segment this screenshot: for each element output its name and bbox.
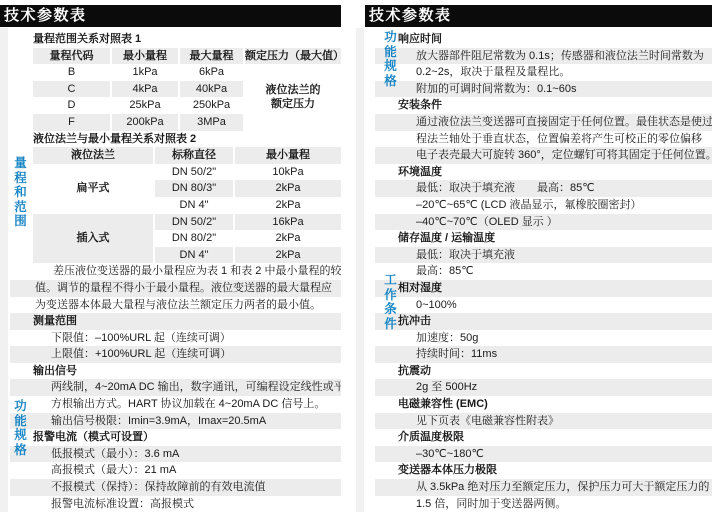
table-column-header: 液位法兰: [33, 147, 153, 164]
table-column-header: 最小量程: [110, 48, 178, 65]
spec-text-line: 高报模式（最大）：21 mA: [10, 462, 341, 479]
table-cell: DN 80/3": [153, 180, 233, 197]
spec-text-line: 程法兰轴处于垂直状态，位置偏差将产生可校正的零位偏移: [375, 131, 712, 148]
spec-text-line: 从 3.5kPa 绝对压力至额定压力，保护压力可大于额定压力的: [375, 479, 712, 496]
table-cell: 2kPa: [233, 197, 341, 214]
table-cell: 2kPa: [233, 247, 341, 264]
table-cell: 2kPa: [233, 180, 341, 197]
spec-text-line: 见下页表《电磁兼容性附表》: [375, 413, 712, 430]
spec-text-line: 放大器部件阻尼常数为 0.1s；传感器和液位法兰时间常数为: [375, 48, 712, 65]
table-cell: 40kPa: [178, 81, 243, 98]
spec-text-line: 0~100%: [375, 297, 712, 314]
spec-paragraph-line: 值。调节的量程不得小于最小量程。液位变送器的最大量程应: [10, 280, 341, 297]
table-column-header: 额定压力（最大值）: [243, 48, 341, 65]
table-column-header: 标称直径: [153, 147, 233, 164]
table-row: 插入式DN 50/2"16kPa: [33, 214, 341, 231]
table-cell: C: [33, 81, 110, 98]
spec-text-line: 1.5 倍，同时加于变送器两侧。: [375, 496, 712, 513]
table-cell: 25kPa: [110, 97, 178, 114]
spec-text-line: 低报模式（最小）：3.6 mA: [10, 446, 341, 463]
spec-text-line: 最低：取决于填充液 最高：85℃: [375, 180, 712, 197]
section-title-bar: 技术参数表: [0, 5, 341, 27]
table-cell: DN 50/2": [153, 164, 233, 181]
page-edge-shade: [356, 28, 364, 512]
spec-text-line: 最高：85℃: [375, 263, 712, 280]
spec-heading: 输出信号: [10, 363, 341, 380]
side-section-label: 功能规格: [383, 30, 398, 88]
spec-text-line: 不报模式（保持）：保持故障前的有效电流值: [10, 479, 341, 496]
row-group-label-cell: 扁平式: [33, 164, 153, 214]
spec-text-line: 加速度：50g: [375, 330, 712, 347]
spec-text-line: 上限值：+100%URL 起（连续可调）: [10, 346, 341, 363]
table-cell: DN 4": [153, 247, 233, 264]
spec-paragraph-line: 差压液位变送器的最小量程应为表 1 和表 2 中最小量程的较大: [10, 263, 341, 280]
table-cell: DN 80/2": [153, 230, 233, 247]
table-cell: 2kPa: [233, 230, 341, 247]
spec-heading: 储存温度 / 运输温度: [375, 230, 712, 247]
side-section-label: 功能规格: [13, 399, 28, 457]
spec-heading: 抗冲击: [375, 313, 712, 330]
column-right: 技术参数表功能规格工作条件响应时间放大器部件阻尼常数为 0.1s；传感器和液位法…: [365, 0, 712, 526]
table-cell: 10kPa: [233, 164, 341, 181]
row-group-label-cell: 插入式: [33, 214, 153, 264]
spec-text-line: 输出信号极限：Imin=3.9mA，Imax=20.5mA: [10, 413, 341, 430]
spec-heading: 电磁兼容性 (EMC): [375, 396, 712, 413]
column-left: 技术参数表量程和范围功能规格量程范围关系对照表 1量程代码最小量程最大量程额定压…: [0, 0, 341, 526]
table-row: 扁平式DN 50/2"10kPa: [33, 164, 341, 181]
table-column-header: 最小量程: [233, 147, 341, 164]
table-cell: B: [33, 64, 110, 81]
spec-text-line: –30℃~180℃: [375, 446, 712, 463]
spec-paragraph-line: 为变送器本体最大量程与液位法兰额定压力两者的最小值。: [10, 297, 341, 314]
spec-text-line: 报警电流标准设置：高报模式: [10, 496, 341, 513]
spec-heading: 报警电流（模式可设置）: [10, 429, 341, 446]
spec-text-line: 方根输出方式。HART 协议加载在 4~20mA DC 信号上。: [10, 396, 341, 413]
spec-heading: 量程范围关系对照表 1: [10, 31, 341, 48]
table-cell: DN 50/2": [153, 214, 233, 231]
table-column-header: 量程代码: [33, 48, 110, 65]
table-cell: 1kPa: [110, 64, 178, 81]
section-title-bar: 技术参数表: [365, 5, 712, 27]
spec-heading: 抗震动: [375, 363, 712, 380]
spec-heading: 环境温度: [375, 164, 712, 181]
spec-text-line: 附加的可调时间常数为：0.1~60s: [375, 81, 712, 98]
table-cell: 4kPa: [110, 81, 178, 98]
spec-text-line: 下限值：–100%URL 起（连续可调）: [10, 330, 341, 347]
table-cell: 6kPa: [178, 64, 243, 81]
spec-text-line: 2g 至 500Hz: [375, 379, 712, 396]
spec-text-line: –40℃~70℃（OLED 显示 ）: [375, 214, 712, 231]
table-cell: F: [33, 114, 110, 131]
spec-heading: 介质温度极限: [375, 429, 712, 446]
spec-heading: 测量范围: [10, 313, 341, 330]
spec-text-line: 两线制，4~20mA DC 输出，数字通讯，可编程设定线性或平: [10, 379, 341, 396]
side-section-label: 工作条件: [383, 273, 398, 331]
spec-text-line: 持续时间：11ms: [375, 346, 712, 363]
spec-text-line: 通过液位法兰变送器可直接固定于任何位置。最佳状态是使过: [375, 114, 712, 131]
spec-heading: 相对湿度: [375, 280, 712, 297]
spec-heading: 变送器本体压力极限: [375, 462, 712, 479]
table-cell: D: [33, 97, 110, 114]
spec-heading: 液位法兰与最小量程关系对照表 2: [10, 131, 341, 148]
datasheet-page: 技术参数表量程和范围功能规格量程范围关系对照表 1量程代码最小量程最大量程额定压…: [0, 0, 712, 531]
spec-heading: 安装条件: [375, 97, 712, 114]
spec-text-line: 最低：取决于填充液: [375, 247, 712, 264]
spec-text-line: –20℃~65℃ (LCD 液晶显示，氟橡胶圈密封）: [375, 197, 712, 214]
table-cell: 16kPa: [233, 214, 341, 231]
table-cell: 200kPa: [110, 114, 178, 131]
page-edge-shade: [0, 28, 8, 512]
table-cell: 3MPa: [178, 114, 243, 131]
spec-text-line: 电子表壳最大可旋转 360°，定位螺钉可将其固定于任何位置。: [375, 147, 712, 164]
merged-note-cell: 液位法兰的 额定压力: [243, 64, 341, 130]
spec-heading: 响应时间: [375, 31, 712, 48]
column-content: 响应时间放大器部件阻尼常数为 0.1s；传感器和液位法兰时间常数为0.2~2s，…: [365, 31, 712, 512]
table-column-header: 最大量程: [178, 48, 243, 65]
column-content: 量程范围关系对照表 1量程代码最小量程最大量程额定压力（最大值）B1kPa6kP…: [0, 31, 341, 512]
side-section-label: 量程和范围: [13, 156, 28, 229]
table-row: B1kPa6kPa液位法兰的 额定压力: [33, 64, 341, 81]
table-cell: DN 4": [153, 197, 233, 214]
range-code-table: 量程代码最小量程最大量程额定压力（最大值）B1kPa6kPa液位法兰的 额定压力…: [33, 48, 341, 131]
table-cell: 250kPa: [178, 97, 243, 114]
spec-text-line: 0.2~2s，取决于量程及量程比。: [375, 64, 712, 81]
flange-min-span-table: 液位法兰标称直径最小量程扁平式DN 50/2"10kPaDN 80/3"2kPa…: [33, 147, 341, 263]
